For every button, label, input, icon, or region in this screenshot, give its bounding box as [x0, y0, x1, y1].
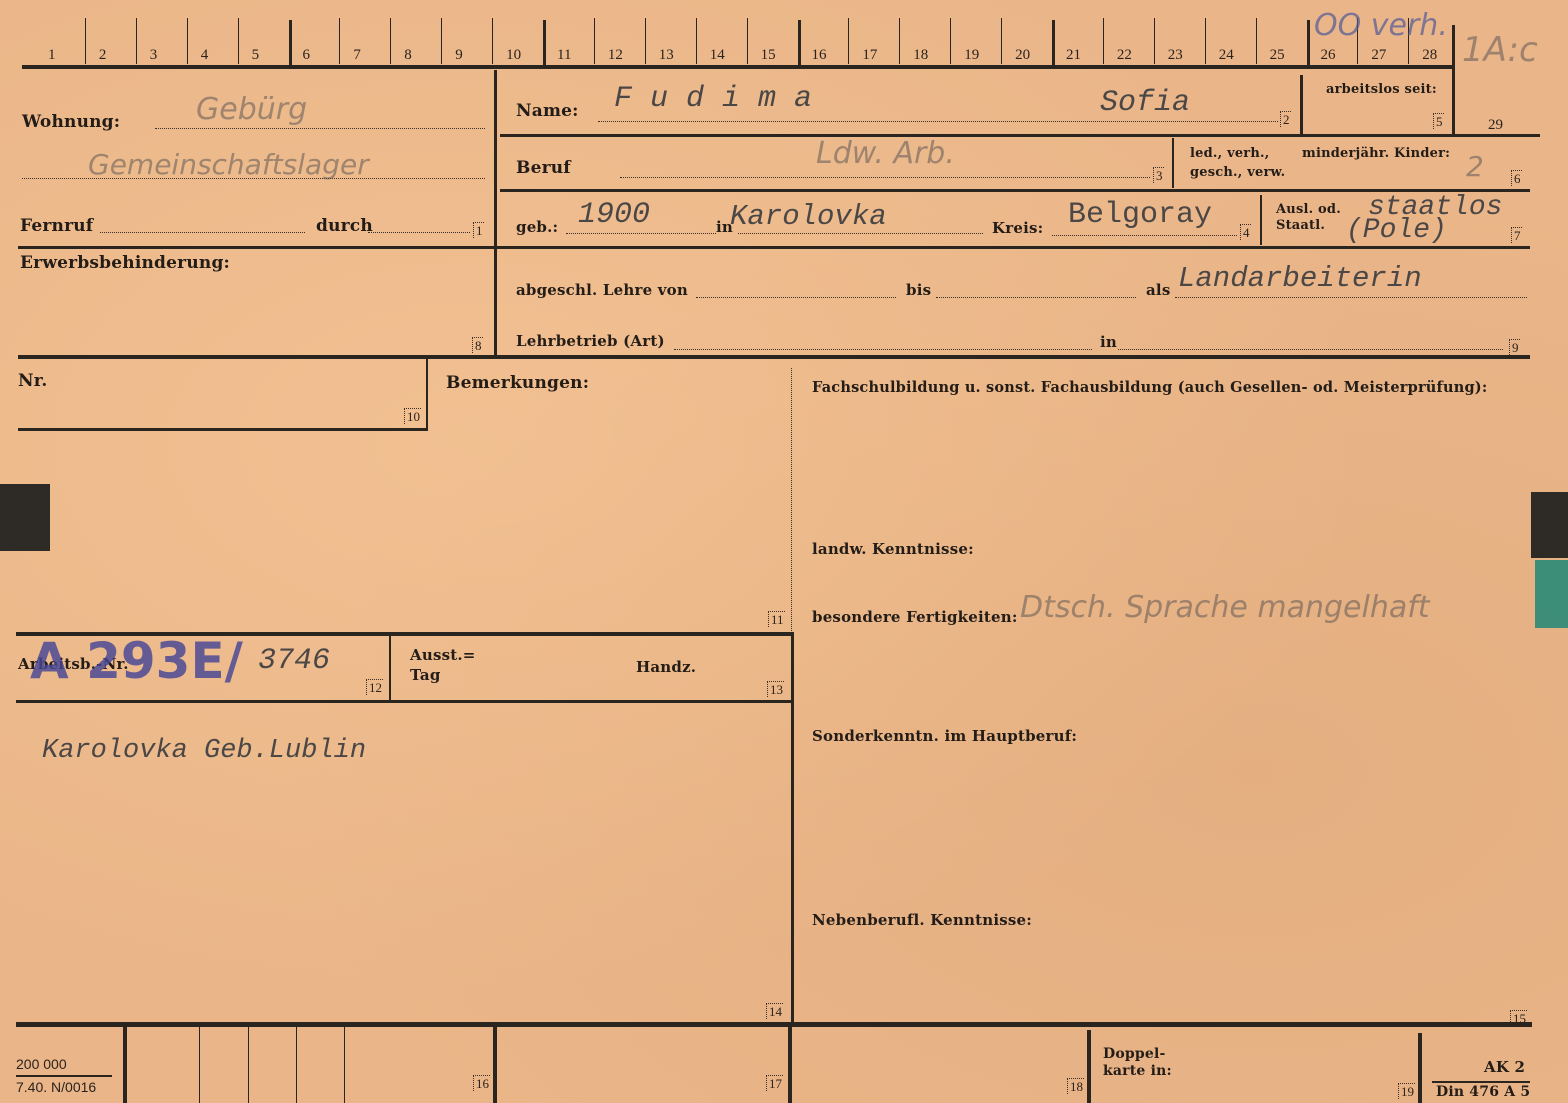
ruler-number: 19	[964, 47, 979, 64]
kreis-label: Kreis:	[992, 219, 1043, 237]
field-number-2: 2	[1280, 111, 1291, 127]
ruler-number: 16	[812, 47, 827, 64]
ausl-label-2: Staatl.	[1276, 218, 1325, 233]
erwerbsbehinderung-label: Erwerbsbehinderung:	[20, 253, 230, 273]
field-number-15: 15	[1510, 1010, 1527, 1026]
ruler-number: 26	[1321, 47, 1336, 64]
ruler-number: 15	[761, 47, 776, 64]
form-id: AK 2	[1484, 1058, 1525, 1076]
als-value[interactable]: Landarbeiterin	[1178, 262, 1422, 295]
doppelkarte-label-1: Doppel-	[1103, 1047, 1166, 1062]
ruler-number: 23	[1168, 47, 1183, 64]
nr-label: Nr.	[18, 371, 47, 391]
besondere-value[interactable]: Dtsch. Sprache mangelhaft	[1020, 590, 1430, 625]
ruler-number: 9	[455, 47, 463, 64]
print-run: 200 000	[16, 1056, 67, 1072]
ruler-tick	[1205, 18, 1206, 64]
ruler-tick	[1307, 20, 1310, 66]
ruler-number: 20	[1015, 47, 1030, 64]
field-number-16: 16	[473, 1075, 490, 1091]
geb-label: geb.:	[516, 218, 558, 236]
ruler-tick	[390, 18, 391, 64]
corner-note: 1A:c	[1462, 30, 1538, 70]
ausst-label-1: Ausst.=	[410, 646, 476, 664]
ruler-tick	[85, 18, 86, 64]
ruler-tick	[1154, 18, 1155, 64]
neben-label: Nebenberufl. Kenntnisse:	[812, 911, 1032, 929]
ruler-number: 14	[710, 47, 725, 64]
fachschul-label: Fachschulbildung u. sonst. Fachausbildun…	[812, 379, 1487, 396]
field-number-9: 9	[1509, 339, 1520, 355]
sonder-label: Sonderkenntn. im Hauptberuf:	[812, 727, 1077, 745]
citizenship-value-2[interactable]: (Pole)	[1346, 215, 1447, 246]
field-number-14: 14	[766, 1003, 783, 1019]
ruler-number: 28	[1422, 47, 1437, 64]
bis-label: bis	[906, 281, 931, 299]
ruler-tick	[238, 18, 239, 64]
kreis-value[interactable]: Belgoray	[1068, 198, 1212, 232]
field-number-19: 19	[1398, 1083, 1415, 1099]
ruler-tick	[1052, 20, 1055, 66]
ruler-tick	[441, 18, 442, 64]
field-number-7: 7	[1511, 227, 1522, 243]
birth-year-value[interactable]: 1900	[578, 198, 650, 232]
ruler-tick	[594, 18, 595, 64]
print-code: 7.40. N/0016	[16, 1079, 96, 1095]
ruler-number: 4	[201, 47, 209, 64]
birthplace-value[interactable]: Karolovka	[730, 200, 887, 233]
ausl-label-1: Ausl. od.	[1276, 202, 1341, 217]
ruler-number: 24	[1219, 47, 1234, 64]
ruler-tick	[798, 20, 801, 66]
ruler-number: 21	[1066, 47, 1081, 64]
status-label-1: led., verh.,	[1190, 146, 1269, 161]
kinder-label: minderjähr. Kinder:	[1302, 146, 1450, 161]
ruler-number: 3	[150, 47, 158, 64]
ruler-tick	[1256, 18, 1257, 64]
ruler-number: 11	[557, 47, 571, 64]
field-number-5: 5	[1433, 113, 1444, 129]
ruler-number: 5	[252, 47, 260, 64]
field-number-13: 13	[767, 681, 784, 697]
ruler-number: 17	[862, 47, 877, 64]
field-number-8: 8	[472, 337, 483, 353]
ruler-number: 2	[99, 47, 107, 64]
ruler-tick	[645, 18, 646, 64]
ruler-number: 27	[1371, 47, 1386, 64]
ruler-tick	[289, 20, 292, 66]
ruler-number: 10	[506, 47, 521, 64]
color-tab-green	[1535, 560, 1568, 628]
ruler-number: 7	[353, 47, 361, 64]
doppelkarte-label-2: karte in:	[1103, 1064, 1172, 1079]
name-label: Name:	[516, 101, 579, 121]
index-tab-right	[1531, 492, 1568, 558]
beruf-value[interactable]: Ldw. Arb.	[816, 136, 955, 171]
ruler-number: 13	[659, 47, 674, 64]
arbeitslos-label: arbeitslos seit:	[1326, 82, 1437, 97]
wohnung-label: Wohnung:	[22, 112, 120, 132]
ausst-label-2: Tag	[410, 666, 441, 684]
ruler-tick	[950, 18, 951, 64]
lehrbetrieb-in-label: in	[1100, 333, 1117, 351]
handz-label: Handz.	[636, 658, 696, 676]
ruler-tick	[747, 18, 748, 64]
ruler-tick	[899, 18, 900, 64]
field-number-4: 4	[1240, 224, 1251, 240]
field-number-1: 1	[473, 222, 484, 238]
ruler-annotation: OO verh.	[1314, 8, 1448, 43]
ruler-number: 12	[608, 47, 623, 64]
field-number-3: 3	[1153, 167, 1164, 183]
wohnung-value-line2[interactable]: Gemeinschaftslager	[88, 148, 369, 181]
field-number-12: 12	[366, 679, 383, 695]
besondere-label: besondere Fertigkeiten:	[812, 608, 1018, 626]
beruf-label: Beruf	[516, 158, 571, 178]
index-tab-left	[0, 484, 50, 551]
ruler-tick	[848, 18, 849, 64]
ruler-tick	[1001, 18, 1002, 64]
ruler-number: 8	[404, 47, 412, 64]
ruler-tick	[696, 18, 697, 64]
ruler-number: 25	[1270, 47, 1285, 64]
arbeitsbuch-number[interactable]: 3746	[258, 644, 330, 678]
ruler-tick	[339, 18, 340, 64]
durch-label: durch	[316, 216, 373, 236]
ruler-number: 1	[48, 47, 56, 64]
column-29: 29	[1488, 117, 1503, 134]
als-label: als	[1146, 281, 1170, 299]
ruler-tick	[187, 18, 188, 64]
ruler-tick	[136, 18, 137, 64]
birthplace-note[interactable]: Karolovka Geb.Lublin	[42, 736, 366, 766]
lehrbetrieb-label: Lehrbetrieb (Art)	[516, 332, 665, 350]
ruler-number: 22	[1117, 47, 1132, 64]
wohnung-value-line1[interactable]: Gebürg	[196, 92, 307, 127]
surname-value[interactable]: F u d i m a	[614, 82, 812, 116]
ruler-tick	[1103, 18, 1104, 64]
bemerkungen-label: Bemerkungen:	[446, 373, 589, 393]
field-number-10: 10	[404, 408, 421, 424]
field-number-18: 18	[1067, 1078, 1084, 1094]
status-label-2: gesch., verw.	[1190, 165, 1285, 180]
fernruf-label: Fernruf	[20, 216, 93, 236]
ruler-number: 6	[303, 47, 311, 64]
arbeitsbuch-stamp: A 293E/	[30, 632, 243, 690]
field-number-17: 17	[766, 1075, 783, 1091]
ruler-tick	[492, 18, 493, 64]
kinder-value[interactable]: 2	[1466, 150, 1484, 183]
ruler-tick	[543, 20, 546, 66]
lehre-label: abgeschl. Lehre von	[516, 281, 688, 299]
firstname-value[interactable]: Sofia	[1100, 86, 1190, 120]
din-code: Din 476 A 5	[1436, 1085, 1530, 1100]
ruler-number: 18	[913, 47, 928, 64]
landw-label: landw. Kenntnisse:	[812, 540, 974, 558]
field-number-11: 11	[768, 611, 785, 627]
field-number-6: 6	[1511, 170, 1522, 186]
